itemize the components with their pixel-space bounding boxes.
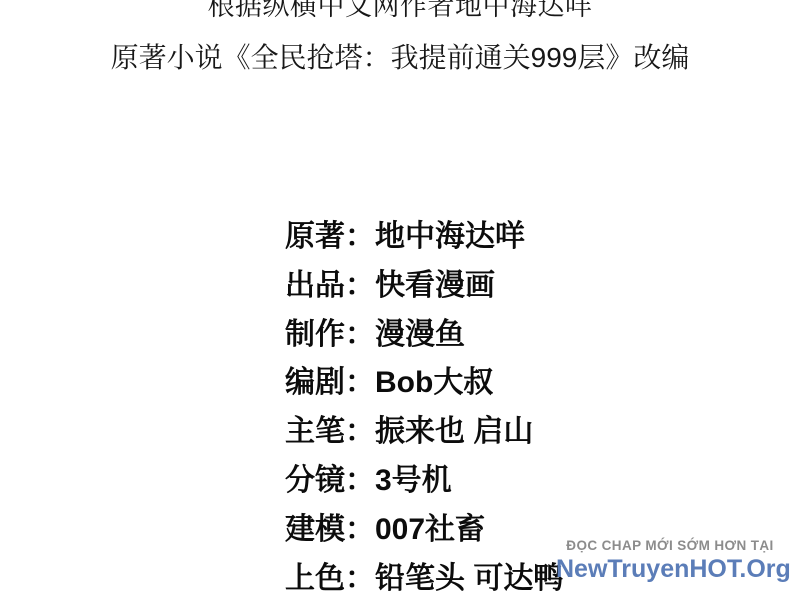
credit-role-label: 上色：: [285, 562, 375, 595]
credits-list: 原著：地中海达咩 出品：快看漫画 制作：漫漫鱼 编剧：Bob大叔 主笔：振来也 …: [285, 213, 563, 603]
credit-line-production: 制作：漫漫鱼: [285, 311, 563, 360]
credit-role-value: 3号机: [375, 464, 452, 497]
credit-line-lead-artist: 主笔：振来也 启山: [285, 408, 563, 457]
original-novel-line: 原著小说《全民抢塔：我提前通关999层》改编: [0, 40, 800, 75]
credit-role-label: 主笔：: [285, 415, 375, 448]
credit-line-original-author: 原著：地中海达咩: [285, 213, 563, 262]
watermark-site-link: NewTruyenHOT.Org: [556, 555, 784, 584]
credit-role-value: 地中海达咩: [375, 220, 525, 253]
watermark-tagline: ĐỌC CHAP MỚI SỚM HƠN TẠI: [556, 538, 784, 553]
credit-line-storyboard: 分镜：3号机: [285, 457, 563, 506]
credit-role-value: 振来也 启山: [375, 415, 533, 448]
credit-role-value: Bob大叔: [375, 366, 493, 399]
credit-role-value: 007社畜: [375, 513, 485, 546]
source-attribution-line: 根据纵横中文网作者地中海达咩: [0, 0, 800, 22]
credit-role-label: 分镜：: [285, 464, 375, 497]
credit-role-label: 出品：: [285, 269, 375, 302]
comic-credits-page: 根据纵横中文网作者地中海达咩 原著小说《全民抢塔：我提前通关999层》改编 原著…: [0, 0, 800, 606]
credit-role-label: 编剧：: [285, 366, 375, 399]
credit-role-value: 铅笔头 可达鸭: [375, 562, 563, 595]
credit-role-value: 快看漫画: [375, 269, 495, 302]
credit-role-label: 建模：: [285, 513, 375, 546]
credit-line-screenwriter: 编剧：Bob大叔: [285, 359, 563, 408]
credit-line-coloring: 上色：铅笔头 可达鸭: [285, 555, 563, 604]
credit-line-publisher: 出品：快看漫画: [285, 262, 563, 311]
credit-line-modeling: 建模：007社畜: [285, 506, 563, 555]
credit-role-label: 制作：: [285, 318, 375, 351]
watermark: ĐỌC CHAP MỚI SỚM HƠN TẠI NewTruyenHOT.Or…: [556, 538, 784, 584]
credit-role-value: 漫漫鱼: [375, 318, 465, 351]
credit-role-label: 原著：: [285, 220, 375, 253]
